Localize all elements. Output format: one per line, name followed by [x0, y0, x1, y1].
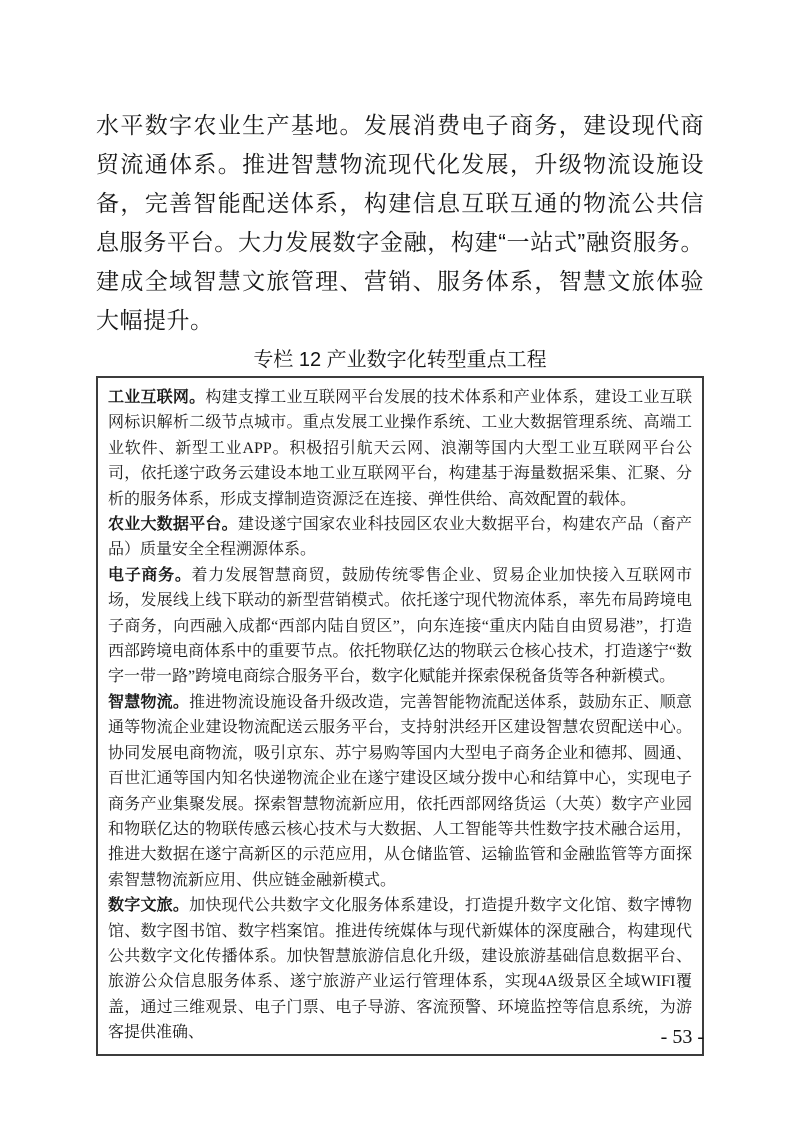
box-entry-smart-logistics: 智慧物流。推进物流设施设备升级改造，完善智能物流配送体系，鼓励东正、顺意通等物流…: [108, 690, 692, 893]
intro-paragraph: 水平数字农业生产基地。发展消费电子商务，建设现代商贸流通体系。推进智慧物流现代化…: [96, 106, 704, 340]
document-page: 水平数字农业生产基地。发展消费电子商务，建设现代商贸流通体系。推进智慧物流现代化…: [0, 0, 793, 1122]
feature-box: 工业互联网。构建支撑工业互联网平台发展的技术体系和产业体系，建设工业互联网标识解…: [96, 376, 704, 1056]
entry-head: 工业互联网。: [108, 389, 205, 406]
box-entry-industrial-internet: 工业互联网。构建支撑工业互联网平台发展的技术体系和产业体系，建设工业互联网标识解…: [108, 385, 692, 512]
entry-body: 推进物流设施设备升级改造，完善智能物流配送体系，鼓励东正、顺意通等物流企业建设物…: [108, 694, 692, 889]
entry-head: 农业大数据平台。: [108, 516, 238, 533]
box-entry-agriculture-bigdata: 农业大数据平台。建设遂宁国家农业科技园区农业大数据平台，构建农产品（畜产品）质量…: [108, 512, 692, 563]
entry-head: 电子商务。: [108, 567, 192, 584]
entry-body: 着力发展智慧商贸，鼓励传统零售企业、贸易企业加快接入互联网市场，发展线上线下联动…: [108, 567, 692, 686]
page-content: 水平数字农业生产基地。发展消费电子商务，建设现代商贸流通体系。推进智慧物流现代化…: [96, 106, 704, 1056]
entry-body: 加快现代公共数字文化服务体系建设，打造提升数字文化馆、数字博物馆、数字图书馆、数…: [108, 897, 692, 1041]
entry-body: 构建支撑工业互联网平台发展的技术体系和产业体系，建设工业互联网标识解析二级节点城…: [108, 389, 692, 508]
page-number: - 53 -: [661, 1026, 704, 1049]
entry-head: 数字文旅。: [108, 897, 189, 914]
box-entry-digital-culture-tourism: 数字文旅。加快现代公共数字文化服务体系建设，打造提升数字文化馆、数字博物馆、数字…: [108, 893, 692, 1045]
box-entry-ecommerce: 电子商务。着力发展智慧商贸，鼓励传统零售企业、贸易企业加快接入互联网市场，发展线…: [108, 563, 692, 690]
box-title: 专栏 12 产业数字化转型重点工程: [96, 347, 704, 373]
entry-head: 智慧物流。: [108, 694, 189, 711]
